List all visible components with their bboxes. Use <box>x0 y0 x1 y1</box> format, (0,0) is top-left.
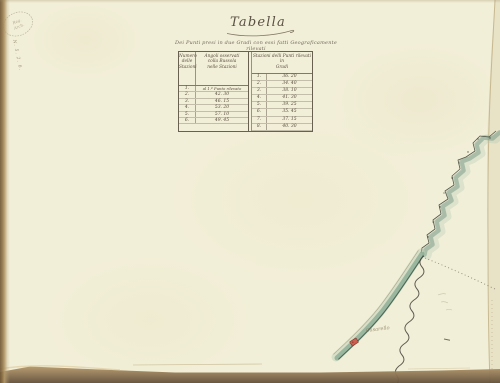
table-row: 3.38. 10 <box>252 88 312 95</box>
faint-pencil-marks <box>438 294 452 310</box>
table-left-header: Numero delle Stazioni Angoli osservati c… <box>179 52 248 86</box>
stamp-text-1: Reg. <box>11 17 22 25</box>
building-marker <box>350 338 359 346</box>
stamp-text-2: Arch. <box>12 22 25 31</box>
left-paper-edge <box>0 0 10 383</box>
table-row: 8.40. 30 <box>252 124 312 131</box>
table-row: 6.49. 45 <box>179 118 248 124</box>
page-title: Tabella <box>208 15 308 30</box>
sea-dash-mark <box>444 339 450 340</box>
coastline-ink <box>421 131 496 253</box>
table-row: 6.35. 45 <box>252 109 312 116</box>
table-right-header: Stazioni delli Punti rilevati in Gradi <box>252 52 312 74</box>
river-path <box>393 256 424 383</box>
fold-line-left <box>133 364 262 365</box>
coast-wash-mid <box>425 133 500 255</box>
table-right-rows: 1.36. 20 2.34. 40 3.38. 10 4.41. 30 5.39… <box>252 74 312 132</box>
beach-wash-mid <box>337 254 422 358</box>
place-label: Casarello <box>366 325 390 334</box>
table-row: 7.37. 15 <box>252 117 312 124</box>
table-row: 1.36. 20 <box>252 74 312 81</box>
right-paper-edge <box>488 0 495 383</box>
header-numero: Numero delle Stazioni <box>179 52 196 85</box>
title-flourish <box>227 30 294 36</box>
coast-wash-light <box>428 134 500 256</box>
margin-note: N. 5. 2. 6. <box>11 38 24 71</box>
table-right-group: Stazioni delli Punti rilevati in Gradi 1… <box>252 52 312 131</box>
offshore-dotted-line <box>425 258 497 290</box>
coast-rock-dots <box>421 137 490 250</box>
beach-wash-light <box>336 253 421 357</box>
table-row: 2.34. 40 <box>252 81 312 88</box>
bottom-paper-edge <box>0 367 500 383</box>
right-paper-margin <box>487 0 500 383</box>
map-sheet: Tabella Dei Punti presi in due Gradi con… <box>0 0 500 383</box>
fold-line-right <box>408 368 470 369</box>
header-angoli: Angoli osservati colla Bussola nelle Sta… <box>196 52 248 85</box>
top-paper-edge <box>0 0 500 3</box>
beach-seaward-edge <box>338 255 423 359</box>
table-left-group: Numero delle Stazioni Angoli osservati c… <box>179 52 248 131</box>
survey-table: Numero delle Stazioni Angoli osservati c… <box>178 51 313 132</box>
bottom-edge-highlight <box>0 366 120 370</box>
table-left-rows: 1.al 1.º Punto rilevato 2.42. 30 3.46. 1… <box>179 86 248 131</box>
beach-landward-edge <box>333 250 418 354</box>
